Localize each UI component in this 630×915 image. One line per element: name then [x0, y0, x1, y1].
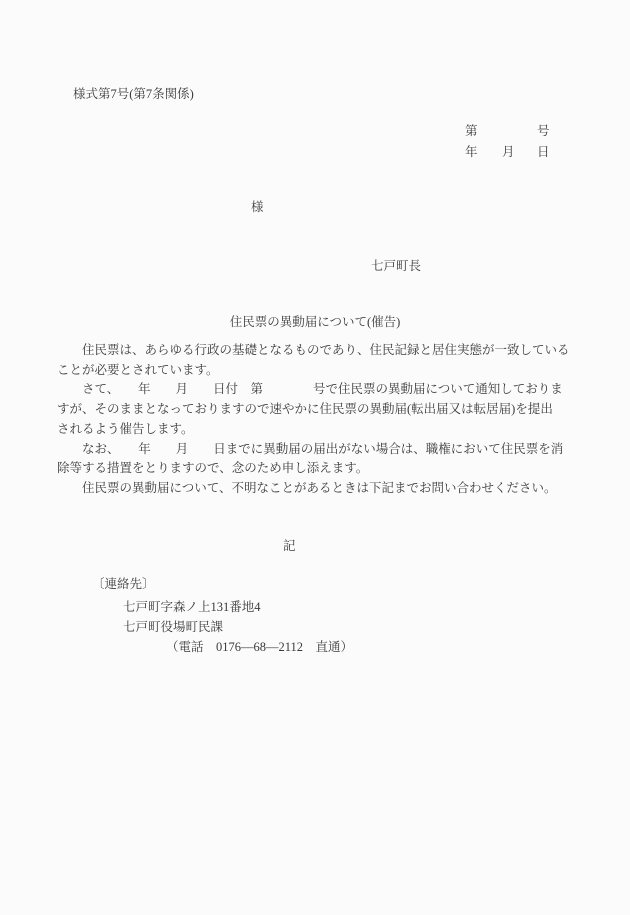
contact-address: 七戸町字森ノ上131番地4: [123, 597, 261, 615]
sender-title: 七戸町長: [371, 256, 421, 274]
body-line: さて、 年 月 日付 第 号で住民票の異動届について通知しておりま: [57, 380, 577, 400]
document-title: 住民票の異動届について(催告): [0, 312, 630, 330]
body-line: 住民票の異動届について、不明なことがあるときは下記までお問い合わせください。: [57, 479, 577, 499]
record-marker: 記: [283, 536, 296, 554]
body-line: すが、そのままとなっておりますので速やかに住民票の異動届(転出届又は転居届)を提…: [57, 400, 577, 420]
body-line: されるよう催告します。: [57, 420, 577, 440]
date-month-label: 月: [502, 142, 515, 160]
body-text: 住民票は、あらゆる行政の基礎となるものであり、住民記録と居住実態が一致している …: [57, 341, 577, 499]
body-line: なお、 年 月 日までに異動届の届出がない場合は、職権において住民票を消: [57, 440, 577, 460]
body-line: 住民票は、あらゆる行政の基礎となるものであり、住民記録と居住実態が一致している: [57, 341, 577, 361]
document-page: 様式第7号(第7条関係) 第 号 年 月 日 様 七戸町長 住民票の異動届につい…: [0, 0, 630, 915]
form-number: 様式第7号(第7条関係): [73, 84, 194, 102]
contact-heading: 〔連絡先〕: [92, 574, 155, 592]
date-year-label: 年: [465, 142, 478, 160]
date-line: 年 月 日: [0, 142, 630, 160]
doc-number-prefix: 第: [465, 121, 478, 139]
body-line: ことが必要とされています。: [57, 361, 577, 381]
contact-department: 七戸町役場町民課: [123, 617, 223, 635]
date-day-label: 日: [537, 142, 550, 160]
contact-phone: （電話 0176―68―2112 直通）: [166, 637, 353, 655]
doc-number-line: 第 号: [0, 121, 630, 139]
addressee-honorific: 様: [251, 197, 264, 215]
doc-number-suffix: 号: [537, 121, 550, 139]
body-line: 除等する措置をとりますので、念のため申し添えます。: [57, 459, 577, 479]
